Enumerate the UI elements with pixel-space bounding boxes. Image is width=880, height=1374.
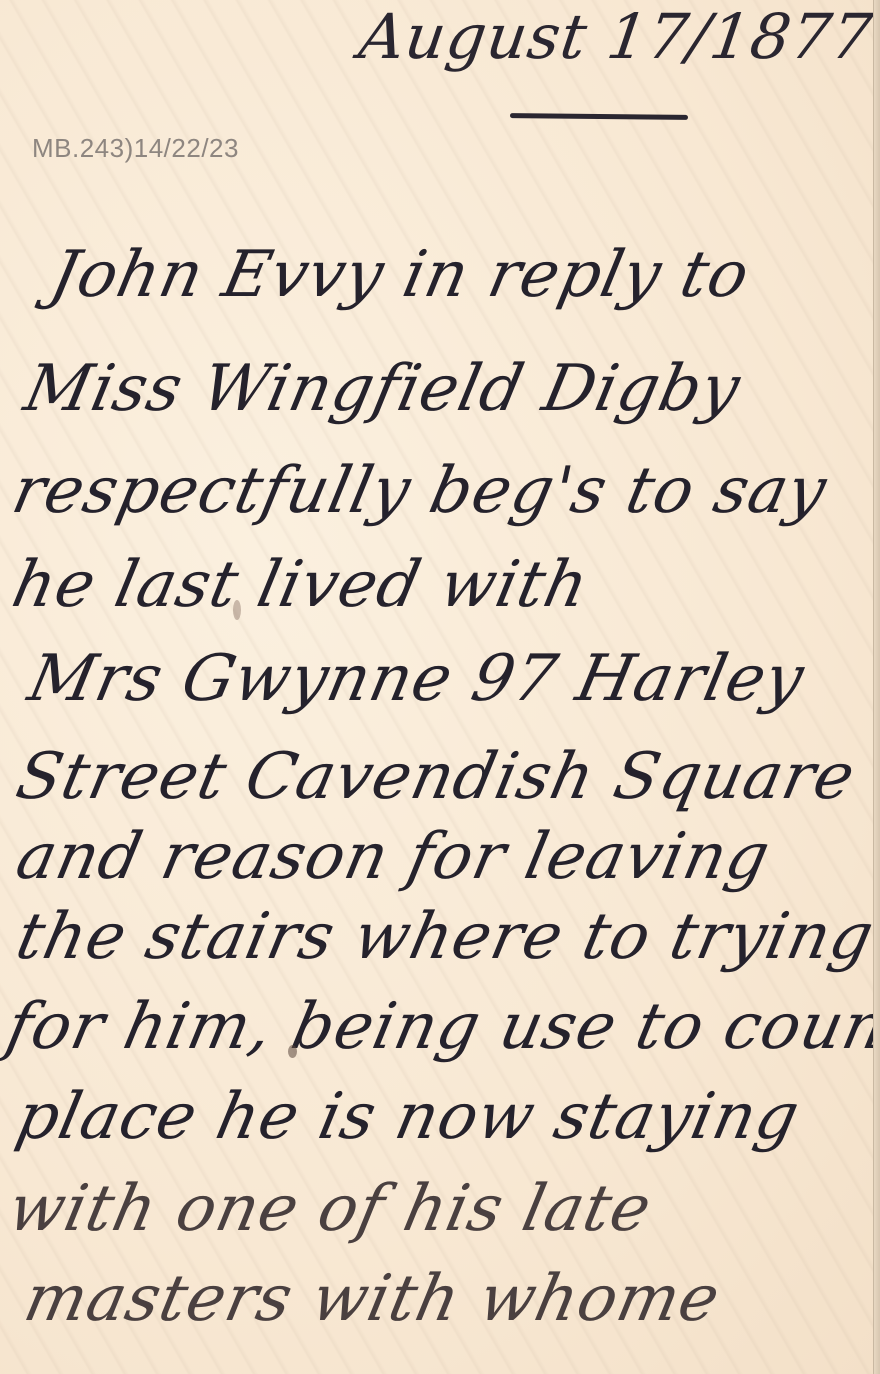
letter-line: masters with whome [18, 1262, 726, 1336]
page-edge [873, 0, 880, 1374]
letter-line: place he is now staying [10, 1080, 806, 1154]
letter-line: the stairs where to trying [10, 900, 880, 974]
letter-line: Miss Wingfield Digby [18, 352, 747, 426]
letter-line: Mrs Gwynne 97 Harley [22, 642, 811, 716]
ink-blot [288, 1045, 297, 1058]
ink-smudge [233, 600, 241, 620]
letter-page: August 17/1877 MB.243)14/22/23 John Evvy… [0, 0, 880, 1374]
archive-reference: MB.243)14/22/23 [32, 133, 239, 164]
letter-line: with one of his late [2, 1172, 658, 1246]
letter-line: respectfully beg's to say [6, 454, 833, 528]
letter-line: he last lived with [6, 548, 595, 622]
letter-date: August 17/1877 [355, 0, 878, 73]
date-underline [510, 113, 688, 120]
letter-line: and reason for leaving [10, 820, 776, 894]
letter-line: for him, being use to country [0, 990, 880, 1064]
letter-line: John Evvy in reply to [44, 238, 756, 312]
letter-line: Street Cavendish Square [10, 740, 862, 814]
